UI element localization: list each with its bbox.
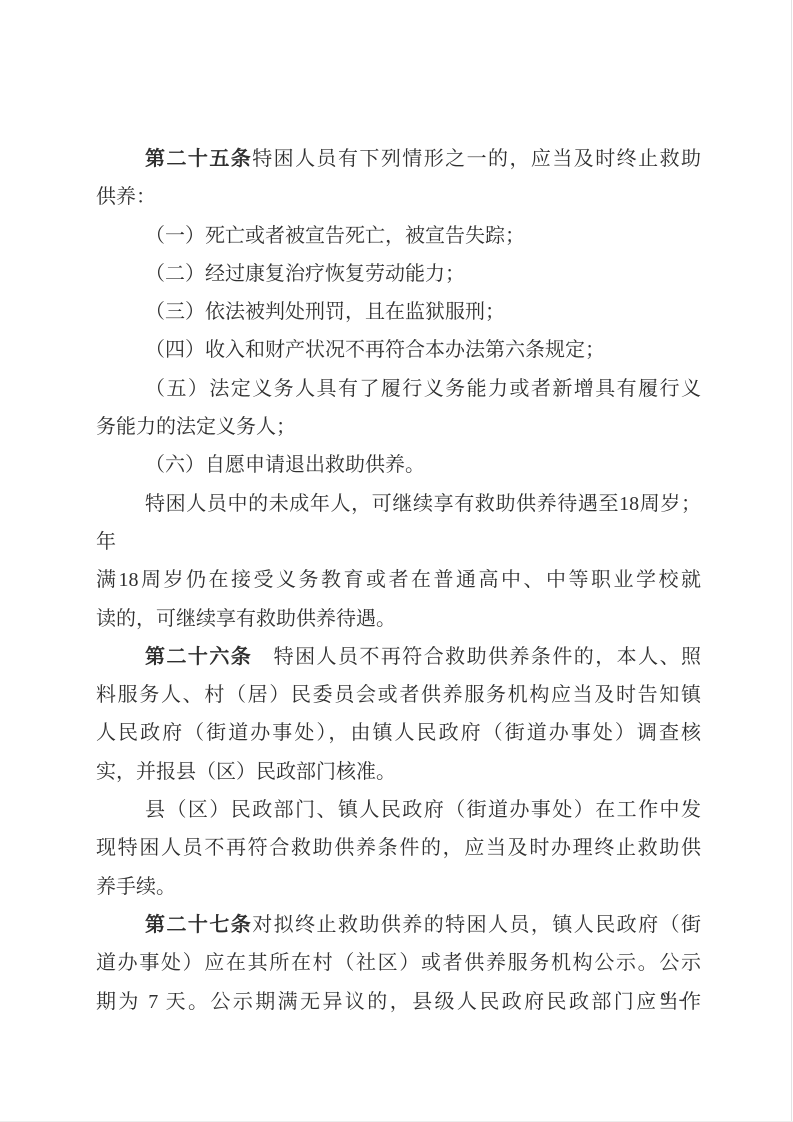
text-line: （五）法定义务人具有了履行义务能力或者新增具有履行义 bbox=[96, 370, 701, 408]
text-line: 务能力的法定义务人； bbox=[96, 408, 701, 446]
scan-edge-right bbox=[791, 0, 792, 1122]
line-text: 特困人员有下列情形之一的，应当及时终止救助 bbox=[252, 148, 701, 170]
line-text: 对拟终止救助供养的特困人员，镇人民政府（街 bbox=[252, 914, 701, 936]
text-line: 期为 7 天。公示期满无异议的，县级人民政府民政部门应当作 bbox=[96, 983, 701, 1021]
line-text: 养手续。 bbox=[96, 876, 176, 898]
article-line: 第二十五条特困人员有下列情形之一的，应当及时终止救助 bbox=[96, 140, 701, 178]
line-text: 读的，可继续享有救助供养待遇。 bbox=[96, 608, 396, 630]
line-text: 特困人员不再符合救助供养条件的，本人、照 bbox=[252, 646, 701, 668]
text-line: （六）自愿申请退出救助供养。 bbox=[96, 446, 701, 484]
line-text: 供养： bbox=[96, 186, 156, 208]
line-text: （二）经过康复治疗恢复劳动能力； bbox=[145, 263, 465, 285]
scanned-document-page: { "colors": { "paper": "#ffffff", "ink":… bbox=[0, 0, 793, 1122]
article-number: 第二十七条 bbox=[145, 914, 252, 936]
text-line: 县（区）民政部门、镇人民政府（街道办事处）在工作中发 bbox=[96, 791, 701, 829]
text-line: 满18周岁仍在接受义务教育或者在普通高中、中等职业学校就 bbox=[96, 561, 701, 599]
line-text: 实，并报县（区）民政部门核准。 bbox=[96, 761, 396, 783]
line-text: （四）收入和财产状况不再符合本办法第六条规定； bbox=[145, 339, 605, 361]
line-text: （六）自愿申请退出救助供养。 bbox=[145, 454, 425, 476]
line-text: 县（区）民政部门、镇人民政府（街道办事处）在工作中发 bbox=[145, 799, 701, 821]
line-text: 现特困人员不再符合救助供养条件的，应当及时办理终止救助供 bbox=[96, 837, 701, 859]
article-number: 第二十六条 bbox=[145, 646, 252, 668]
line-text: 满18周岁仍在接受义务教育或者在普通高中、中等职业学校就 bbox=[96, 569, 701, 591]
text-line: 读的，可继续享有救助供养待遇。 bbox=[96, 600, 701, 638]
text-line: 人民政府（街道办事处），由镇人民政府（街道办事处）调查核 bbox=[96, 714, 701, 752]
article-number: 第二十五条 bbox=[145, 148, 252, 170]
article-line: 第二十七条对拟终止救助供养的特困人员，镇人民政府（街 bbox=[96, 906, 701, 944]
text-line: 供养： bbox=[96, 178, 701, 216]
line-text: 道办事处）应在其所在村（社区）或者供养服务机构公示。公示 bbox=[96, 952, 701, 974]
text-line: 养手续。 bbox=[96, 868, 701, 906]
text-line: （二）经过康复治疗恢复劳动能力； bbox=[96, 255, 701, 293]
line-text: （一）死亡或者被宣告死亡，被宣告失踪； bbox=[145, 225, 525, 247]
text-line: 道办事处）应在其所在村（社区）或者供养服务机构公示。公示 bbox=[96, 944, 701, 982]
page-number: - 9 - bbox=[645, 986, 687, 1014]
document-body: 第二十五条特困人员有下列情形之一的，应当及时终止救助供养：（一）死亡或者被宣告死… bbox=[96, 140, 701, 1021]
text-line: 特困人员中的未成年人，可继续享有救助供养待遇至18周岁；年 bbox=[96, 485, 701, 562]
text-line: 现特困人员不再符合救助供养条件的，应当及时办理终止救助供 bbox=[96, 829, 701, 867]
article-line: 第二十六条 特困人员不再符合救助供养条件的，本人、照 bbox=[96, 638, 701, 676]
text-line: 料服务人、村（居）民委员会或者供养服务机构应当及时告知镇 bbox=[96, 676, 701, 714]
text-line: （三）依法被判处刑罚，且在监狱服刑； bbox=[96, 293, 701, 331]
line-text: 人民政府（街道办事处），由镇人民政府（街道办事处）调查核 bbox=[96, 722, 701, 744]
line-text: 期为 7 天。公示期满无异议的，县级人民政府民政部门应当作 bbox=[96, 991, 701, 1013]
text-line: 实，并报县（区）民政部门核准。 bbox=[96, 753, 701, 791]
line-text: （三）依法被判处刑罚，且在监狱服刑； bbox=[145, 301, 505, 323]
line-text: 特困人员中的未成年人，可继续享有救助供养待遇至18周岁；年 bbox=[96, 493, 701, 553]
text-line: （四）收入和财产状况不再符合本办法第六条规定； bbox=[96, 331, 701, 369]
line-text: （五）法定义务人具有了履行义务能力或者新增具有履行义 bbox=[145, 378, 701, 400]
text-line: （一）死亡或者被宣告死亡，被宣告失踪； bbox=[96, 217, 701, 255]
line-text: 料服务人、村（居）民委员会或者供养服务机构应当及时告知镇 bbox=[96, 684, 701, 706]
line-text: 务能力的法定义务人； bbox=[96, 416, 296, 438]
